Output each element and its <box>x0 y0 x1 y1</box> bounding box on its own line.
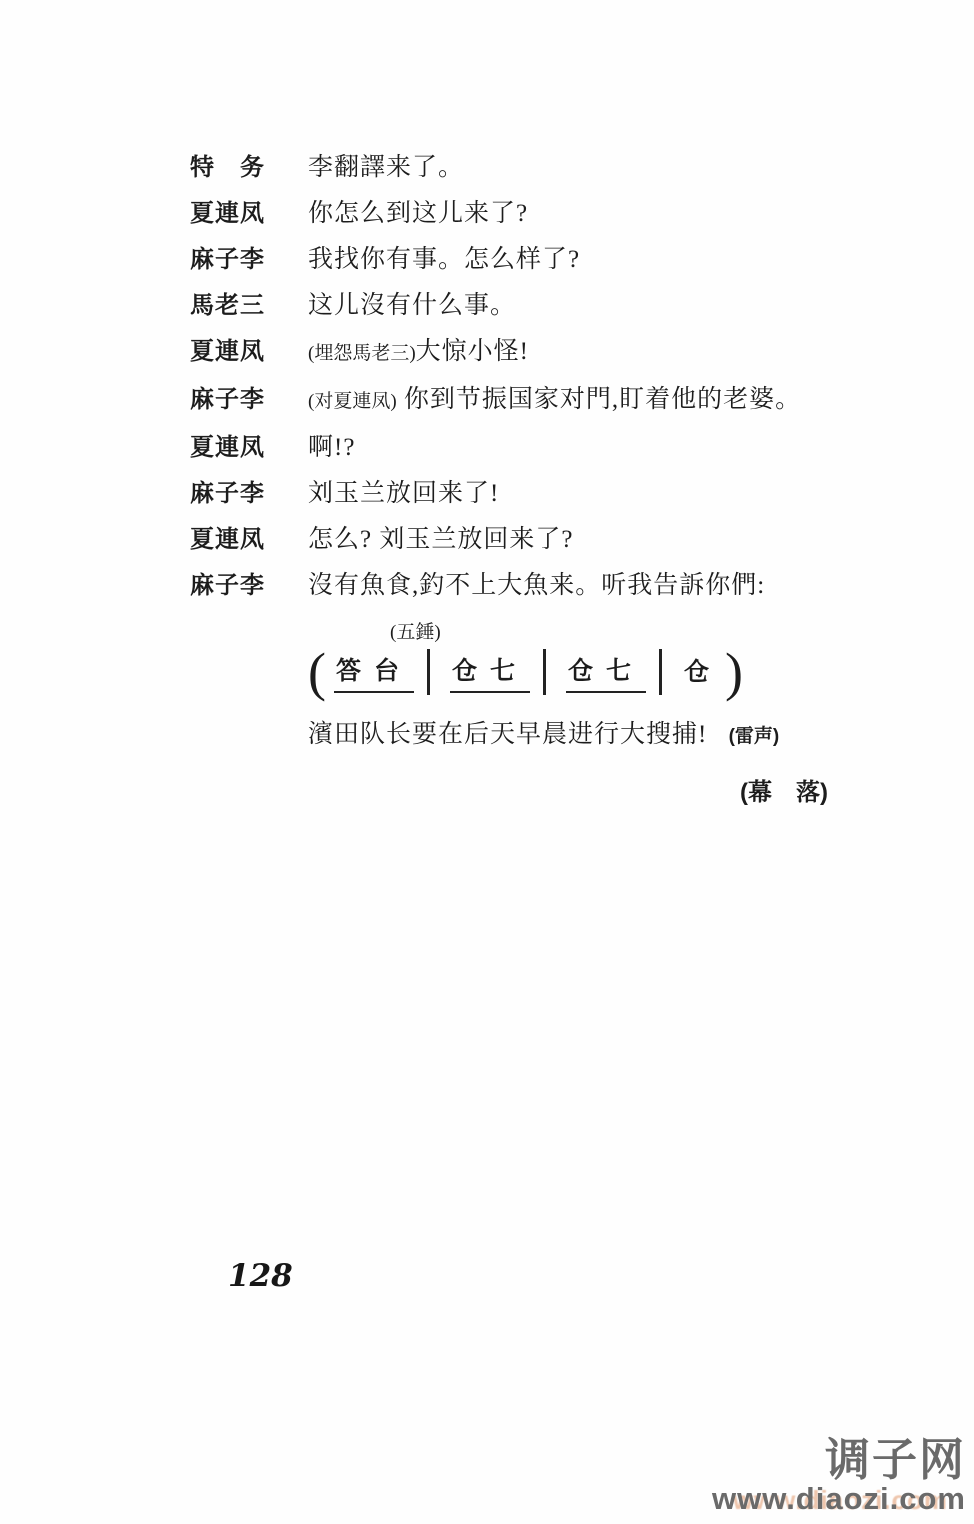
percussion-group: 仓七 <box>566 651 646 693</box>
speaker-name: 麻子李 <box>190 385 266 416</box>
dialogue-text: 沒有魚食,釣不上大魚来。听我告訴你們: <box>308 571 765 600</box>
dialogue-row: 夏連凤(埋怨馬老三)大惊小怪! <box>190 337 890 368</box>
dialogue-row: 麻子李(对夏連凤) 你到节振国家对門,盯着他的老婆。 <box>190 385 890 416</box>
speaker-name: 特 务 <box>190 153 266 182</box>
speaker-name: 麻子李 <box>190 245 266 274</box>
percussion-notation: (五錘) ( 答台 仓七 仓七 仓 ) <box>308 617 890 698</box>
speaker-name: 夏連凤 <box>190 525 266 554</box>
watermark-site-url: www.diaozi.com <box>712 1483 966 1516</box>
stage-direction: (对夏連凤) <box>308 391 397 412</box>
dialogue-row: 麻子李沒有魚食,釣不上大魚来。听我告訴你們: <box>190 571 890 600</box>
dialogue-row: 特 务李翻譯来了。 <box>190 153 890 182</box>
dialogue-text: 你怎么到这儿来了? <box>308 199 528 228</box>
speaker-name: 馬老三 <box>190 291 266 320</box>
stage-direction: (埋怨馬老三) <box>308 343 416 364</box>
percussion-line: ( 答台 仓七 仓七 仓 ) <box>308 646 890 698</box>
percussion-group: 仓 <box>682 652 724 692</box>
dialogue-text: (埋怨馬老三)大惊小怪! <box>308 337 529 368</box>
dialogue-list: 特 务李翻譯来了。夏連凤你怎么到这儿来了?麻子李我找你有事。怎么样了?馬老三这儿… <box>190 153 890 600</box>
speaker-name: 夏連凤 <box>190 337 266 368</box>
speaker-name: 夏連凤 <box>190 199 266 228</box>
watermark: 调子网 www.diaozi.com www.diaozi.com <box>712 1436 966 1516</box>
bar-separator <box>543 649 546 695</box>
scanned-page: 特 务李翻譯来了。夏連凤你怎么到这儿来了?麻子李我找你有事。怎么样了?馬老三这儿… <box>0 0 974 1524</box>
dialogue-text: 怎么? 刘玉兰放回来了? <box>308 525 573 554</box>
sound-effect-note: (雷声) <box>729 726 780 747</box>
percussion-label: (五錘) <box>390 617 890 644</box>
speaker-name: 麻子李 <box>190 479 266 508</box>
page-number: 128 <box>228 1258 293 1294</box>
dialogue-row: 夏連凤啊!? <box>190 433 890 462</box>
speaker-name: 麻子李 <box>190 571 266 600</box>
bar-separator <box>659 649 662 695</box>
dialogue-row: 夏連凤你怎么到这儿来了? <box>190 199 890 228</box>
dialogue-text: 这儿沒有什么事。 <box>308 291 516 320</box>
continuation-text: 濱田队长要在后天早晨进行大搜捕! <box>308 721 707 748</box>
dialogue-text: 我找你有事。怎么样了? <box>308 245 580 274</box>
watermark-site-name: 调子网 <box>712 1436 966 1483</box>
dialogue-row: 夏連凤怎么? 刘玉兰放回来了? <box>190 525 890 554</box>
dialogue-text: 李翻譯来了。 <box>308 153 464 182</box>
dialogue-text: 刘玉兰放回来了! <box>308 479 499 508</box>
dialogue-row: 麻子李我找你有事。怎么样了? <box>190 245 890 274</box>
percussion-group: 答台 <box>334 651 414 693</box>
percussion-group: 仓七 <box>450 651 530 693</box>
continuation-line: 濱田队长要在后天早晨进行大搜捕! (雷声) <box>308 720 890 752</box>
curtain-note: (幕 落) <box>190 772 890 807</box>
dialogue-row: 麻子李刘玉兰放回来了! <box>190 479 890 508</box>
bar-separator <box>427 649 430 695</box>
dialogue-text: (对夏連凤) 你到节振国家对門,盯着他的老婆。 <box>308 385 801 416</box>
script-text-block: 特 务李翻譯来了。夏連凤你怎么到这儿来了?麻子李我找你有事。怎么样了?馬老三这儿… <box>190 153 890 807</box>
open-paren: ( <box>308 647 326 697</box>
close-paren: ) <box>725 647 743 697</box>
dialogue-row: 馬老三这儿沒有什么事。 <box>190 291 890 320</box>
dialogue-text: 啊!? <box>308 433 355 462</box>
speaker-name: 夏連凤 <box>190 433 266 462</box>
